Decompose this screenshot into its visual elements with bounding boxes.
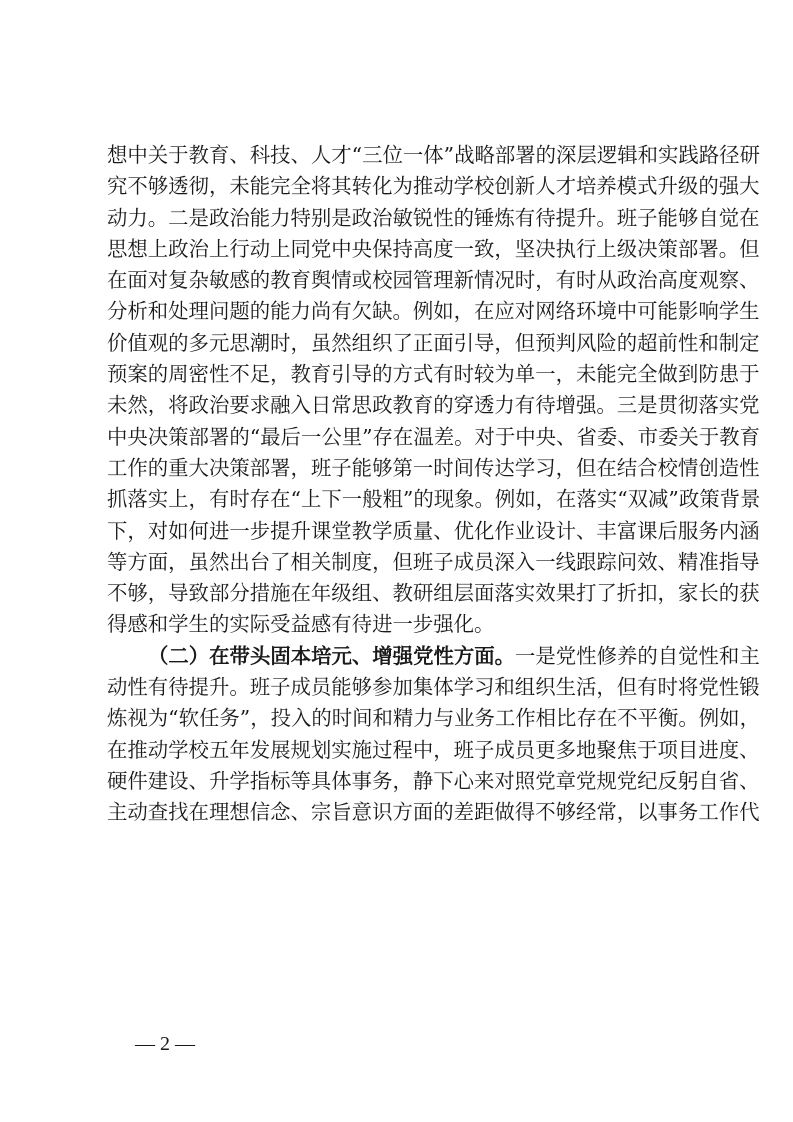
text-line: 想中关于教育、科技、人才“三位一体”战略部署的深层逻辑和实践路径研: [107, 140, 693, 171]
text-line: 分析和处理问题的能力尚有欠缺。例如，在应对网络环境中可能影响学生: [107, 296, 693, 327]
text-line-paragraph-end: 得感和学生的实际受益感有待进一步强化。: [107, 609, 693, 640]
page-number: — 2 —: [135, 1032, 195, 1056]
document-page: 想中关于教育、科技、人才“三位一体”战略部署的深层逻辑和实践路径研 究不够透彻，…: [0, 0, 793, 1122]
text-line: 炼视为“软任务”，投入的时间和精力与业务工作相比存在不平衡。例如，: [107, 703, 693, 734]
text-line: 在面对复杂敏感的教育舆情或校园管理新情况时，有时从政治高度观察、: [107, 265, 693, 296]
text-line: 预案的周密性不足，教育引导的方式有时较为单一，未能完全做到防患于: [107, 359, 693, 390]
text-line: 究不够透彻，未能完全将其转化为推动学校创新人才培养模式升级的强大: [107, 171, 693, 202]
text-line: 不够，导致部分措施在年级组、教研组层面落实效果打了折扣，家长的获: [107, 578, 693, 609]
text-line: 动性有待提升。班子成员能够参加集体学习和组织生活，但有时将党性锻: [107, 672, 693, 703]
text-line: 中央决策部署的“最后一公里”存在温差。对于中央、省委、市委关于教育: [107, 422, 693, 453]
document-body: 想中关于教育、科技、人才“三位一体”战略部署的深层逻辑和实践路径研 究不够透彻，…: [107, 140, 693, 829]
text-line: 动力。二是政治能力特别是政治敏锐性的锤炼有待提升。班子能够自觉在: [107, 203, 693, 234]
text-line: 思想上政治上行动上同党中央保持高度一致，坚决执行上级决策部署。但: [107, 234, 693, 265]
text-line: 抓落实上，有时存在“上下一般粗”的现象。例如，在落实“双减”政策背景: [107, 484, 693, 515]
text-line: 工作的重大决策部署，班子能够第一时间传达学习，但在结合校情创造性: [107, 453, 693, 484]
text-line: 在推动学校五年发展规划实施过程中，班子成员更多地聚焦于项目进度、: [107, 735, 693, 766]
text-line: 硬件建设、升学指标等具体事务，静下心来对照党章党规党纪反躬自省、: [107, 766, 693, 797]
text-line: 下，对如何进一步提升课堂教学质量、优化作业设计、丰富课后服务内涵: [107, 516, 693, 547]
section-heading-line: （二）在带头固本培元、增强党性方面。一是党性修养的自觉性和主: [107, 641, 693, 672]
heading-line-text: 一是党性修养的自觉性和主: [515, 644, 760, 668]
section-heading: （二）在带头固本培元、增强党性方面。: [148, 644, 515, 668]
text-line: 等方面，虽然出台了相关制度，但班子成员深入一线跟踪问效、精准指导: [107, 547, 693, 578]
text-line: 主动查找在理想信念、宗旨意识方面的差距做得不够经常，以事务工作代: [107, 797, 693, 828]
text-line: 价值观的多元思潮时，虽然组织了正面引导，但预判风险的超前性和制定: [107, 328, 693, 359]
text-line: 未然，将政治要求融入日常思政教育的穿透力有待增强。三是贯彻落实党: [107, 390, 693, 421]
